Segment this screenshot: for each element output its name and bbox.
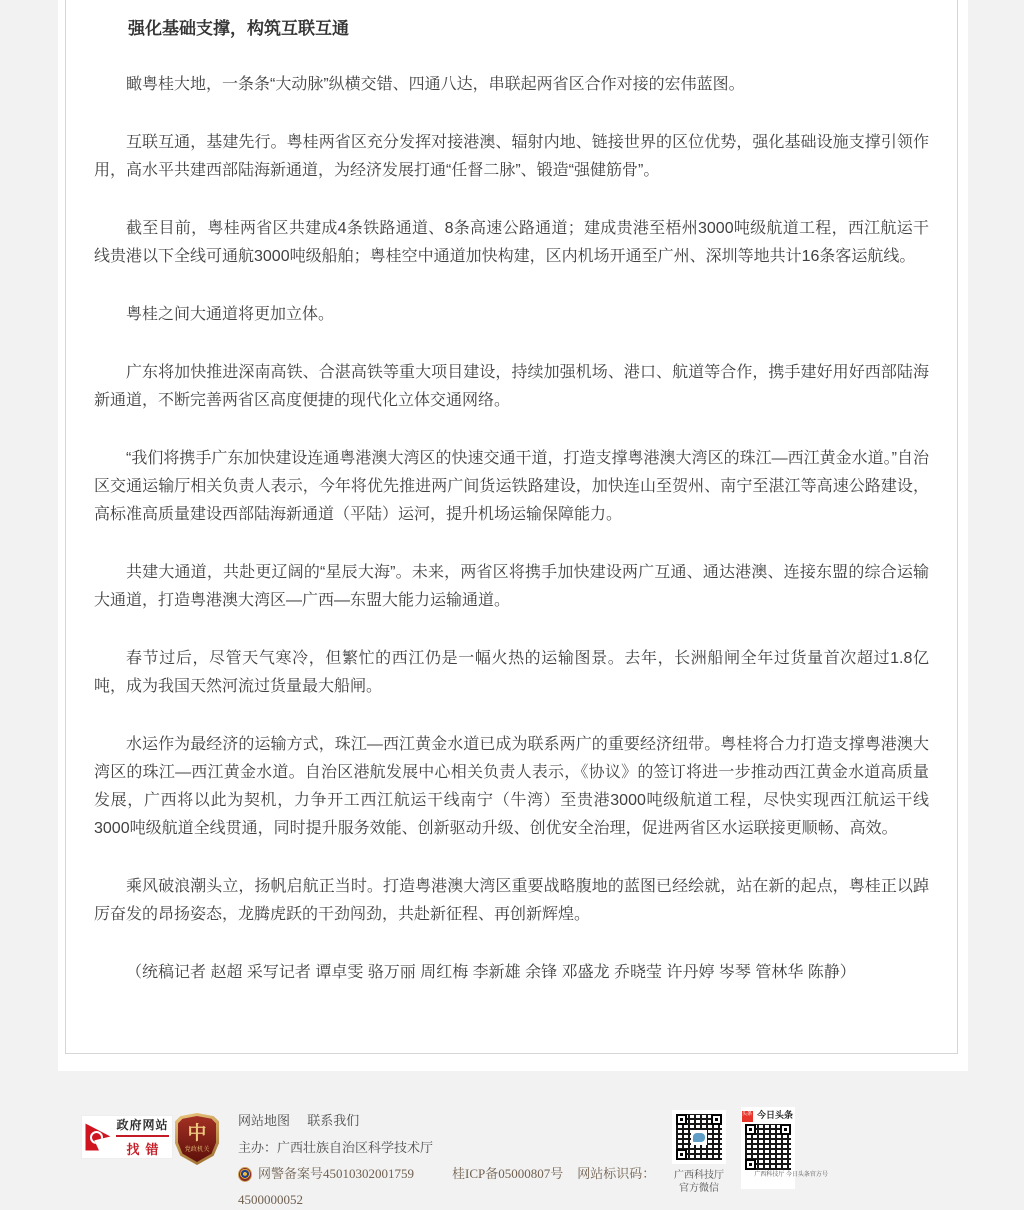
gov-site-error-report-badge[interactable]: 政府网站 找错 <box>81 1115 173 1159</box>
article-paragraph: 春节过后，尽管天气寒冷，但繁忙的西江仍是一幅火热的运输图景。去年，长洲船闸全年过… <box>94 645 929 701</box>
party-gov-shield-badge[interactable]: 中 党政机关 <box>175 1113 219 1165</box>
error-badge-action: 找错 <box>120 1139 164 1158</box>
site-footer: 政府网站 找错 中 党政机关 网站地图 联系我们 主办：广西壮族自治区科学技术厅… <box>58 1071 968 1210</box>
shield-badge-label: 党政机关 <box>185 1146 210 1152</box>
police-record-number[interactable]: 网警备案号45010302001759 <box>258 1166 414 1182</box>
toutiao-qr-code <box>745 1124 791 1170</box>
toutiao-icon: 头条 <box>742 1111 753 1122</box>
sitemap-link[interactable]: 网站地图 <box>238 1113 290 1128</box>
site-code-label: 网站标识码： <box>577 1166 655 1182</box>
article-paragraph: 互联互通，基建先行。粤桂两省区充分发挥对接港澳、辐射内地、链接世界的区位优势，强… <box>94 129 929 185</box>
article-paragraph: “我们将携手广东加快建设连通粤港澳大湾区的快速交通干道，打造支撑粤港澳大湾区的珠… <box>94 445 929 529</box>
article-paragraph: 共建大通道，共赴更辽阔的“星辰大海”。未来，两省区将携手加快建设两广互通、通达港… <box>94 559 929 615</box>
wechat-qr-caption-line2: 官方微信 <box>668 1182 730 1195</box>
toutiao-title: 今日头条 <box>757 1111 793 1122</box>
error-badge-title: 政府网站 <box>116 1116 168 1137</box>
article-paragraph: 瞰粤桂大地，一条条“大动脉”纵横交错、四通八达，串联起两省区合作对接的宏伟蓝图。 <box>94 71 929 99</box>
contact-us-link[interactable]: 联系我们 <box>307 1113 359 1128</box>
wechat-qr-block: 广西科技厅 官方微信 <box>668 1110 730 1195</box>
toutiao-qr-block: 头条 今日头条 广西科技厅 今日头条官方号 <box>741 1107 795 1189</box>
article-body: 强化基础支撑，构筑互联互通 瞰粤桂大地，一条条“大动脉”纵横交错、四通八达，串联… <box>65 0 958 1054</box>
police-badge-icon <box>238 1167 252 1182</box>
wechat-icon <box>691 1130 707 1145</box>
toutiao-qr-caption: 广西科技厅 今日头条官方号 <box>754 1172 782 1178</box>
site-code-value: 4500000052 <box>238 1192 655 1208</box>
article-subheading: 强化基础支撑，构筑互联互通 <box>94 17 929 41</box>
article-paragraph: 截至目前，粤桂两省区共建成4条铁路通道、8条高速公路通道；建成贵港至梧州3000… <box>94 215 929 271</box>
icp-record-number[interactable]: 桂ICP备05000807号 <box>452 1166 563 1182</box>
wechat-qr-caption-line1: 广西科技厅 <box>668 1169 730 1182</box>
article-paragraph: 水运作为最经济的运输方式，珠江—西江黄金水道已成为联系两广的重要经济纽带。粤桂将… <box>94 731 929 843</box>
shield-emblem-icon: 中 <box>187 1124 206 1144</box>
error-finder-magnifier-icon <box>85 1123 111 1151</box>
content-wrapper: 强化基础支撑，构筑互联互通 瞰粤桂大地，一条条“大动脉”纵横交错、四通八达，串联… <box>58 0 968 1071</box>
host-organization: 主办：广西壮族自治区科学技术厅 <box>238 1140 655 1156</box>
article-paragraph: 粤桂之间大通道将更加立体。 <box>94 301 929 329</box>
article-paragraph: 广东将加快推进深南高铁、合湛高铁等重大项目建设，持续加强机场、港口、航道等合作，… <box>94 359 929 415</box>
wechat-qr-code <box>676 1114 722 1160</box>
article-byline: （统稿记者 赵超 采写记者 谭卓雯 骆万丽 周红梅 李新雄 余锋 邓盛龙 乔晓莹… <box>94 959 929 987</box>
article-paragraph: 乘风破浪潮头立，扬帆启航正当时。打造粤港澳大湾区重要战略腹地的蓝图已经绘就，站在… <box>94 873 929 929</box>
footer-info-column: 网站地图 联系我们 主办：广西壮族自治区科学技术厅 网警备案号450103020… <box>238 1113 655 1208</box>
